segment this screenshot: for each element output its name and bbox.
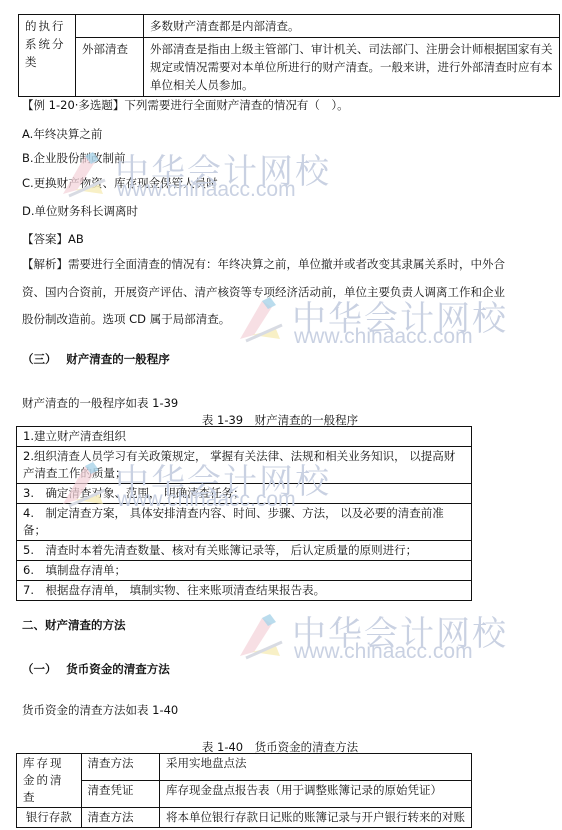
desc-cell-external: 外部清查是指由上级主管部门、审计机关、司法部门、注册会计师根据国家有关规定或情况… <box>144 38 560 97</box>
cash-method-table: 库存现金的清查 清查方法 采用实地盘点法 清查凭证 库存现金盘点报告表（用于调整… <box>16 753 472 828</box>
answer: 【答案】AB <box>22 232 84 246</box>
sub-intro: 货币资金的清查方法如表 1-40 <box>22 703 178 717</box>
procedure-step: 1.建立财产清查组织 <box>17 427 472 447</box>
item-cell: 库存现金的清查 <box>17 754 82 808</box>
aspect-cell: 清查方法 <box>81 808 159 828</box>
procedure-step: 2.组织清查人员学习有关政策规定， 掌握有关法律、法规和相关业务知识， 以提高财… <box>17 447 472 484</box>
content-cell: 采用实地盘点法 <box>160 754 472 781</box>
procedure-step: 5. 清查时本着先清查数量、核对有关账簿记录等， 后认定质量的原则进行； <box>17 541 472 561</box>
sub-heading: （一） 货币资金的清查方法 <box>22 662 170 676</box>
option-a: A.年终决算之前 <box>22 127 102 141</box>
section-intro: 财产清查的一般程序如表 1-39 <box>22 396 178 410</box>
type-cell-external: 外部清查 <box>76 38 144 97</box>
watermark-logo-icon <box>232 612 292 662</box>
analysis: 【解析】需要进行全面清查的情况有：年终决算之前，单位撤并或者改变其隶属关系时，中… <box>22 251 512 334</box>
classification-table: 的执行系统分类 多数财产清查都是内部清查。 外部清查 外部清查是指由上级主管部门… <box>18 14 560 97</box>
aspect-cell: 清查方法 <box>81 754 159 781</box>
content-cell: 库存现金盘点报告表（用于调整账簿记录的原始凭证） <box>160 781 472 808</box>
category-cell: 的执行系统分类 <box>19 15 76 97</box>
example-title: 【例 1-20·多选题】下列需要进行全面财产清查的情况有（ ）。 <box>22 98 349 112</box>
procedure-step: 4. 制定清查方案， 具体安排清查内容、时间、步骤、方法， 以及必要的清查前准备… <box>17 504 472 541</box>
item-cell: 银行存款 <box>17 808 82 828</box>
aspect-cell: 清查凭证 <box>81 781 159 808</box>
procedure-step: 7. 根据盘存清单， 填制实物、往来账项清查结果报告表。 <box>17 581 472 601</box>
section-two-heading: 二、财产清查的方法 <box>22 618 126 632</box>
option-b: B.企业股份制改制前 <box>22 151 126 165</box>
content-cell: 将本单位银行存款日记账的账簿记录与开户银行转来的对账 <box>160 808 472 828</box>
procedure-step: 6. 填制盘存清单； <box>17 561 472 581</box>
procedure-step: 3. 确定清查对象、范围， 明确清查任务； <box>17 484 472 504</box>
procedure-table: 1.建立财产清查组织 2.组织清查人员学习有关政策规定， 掌握有关法律、法规和相… <box>16 426 472 601</box>
desc-cell: 多数财产清查都是内部清查。 <box>144 15 560 38</box>
option-d: D.单位财务科长调离时 <box>22 204 138 218</box>
option-c: C.更换财产物资、库存现金保管人员时 <box>22 176 218 190</box>
type-cell <box>76 15 144 38</box>
section-heading: （三） 财产清查的一般程序 <box>22 352 170 366</box>
